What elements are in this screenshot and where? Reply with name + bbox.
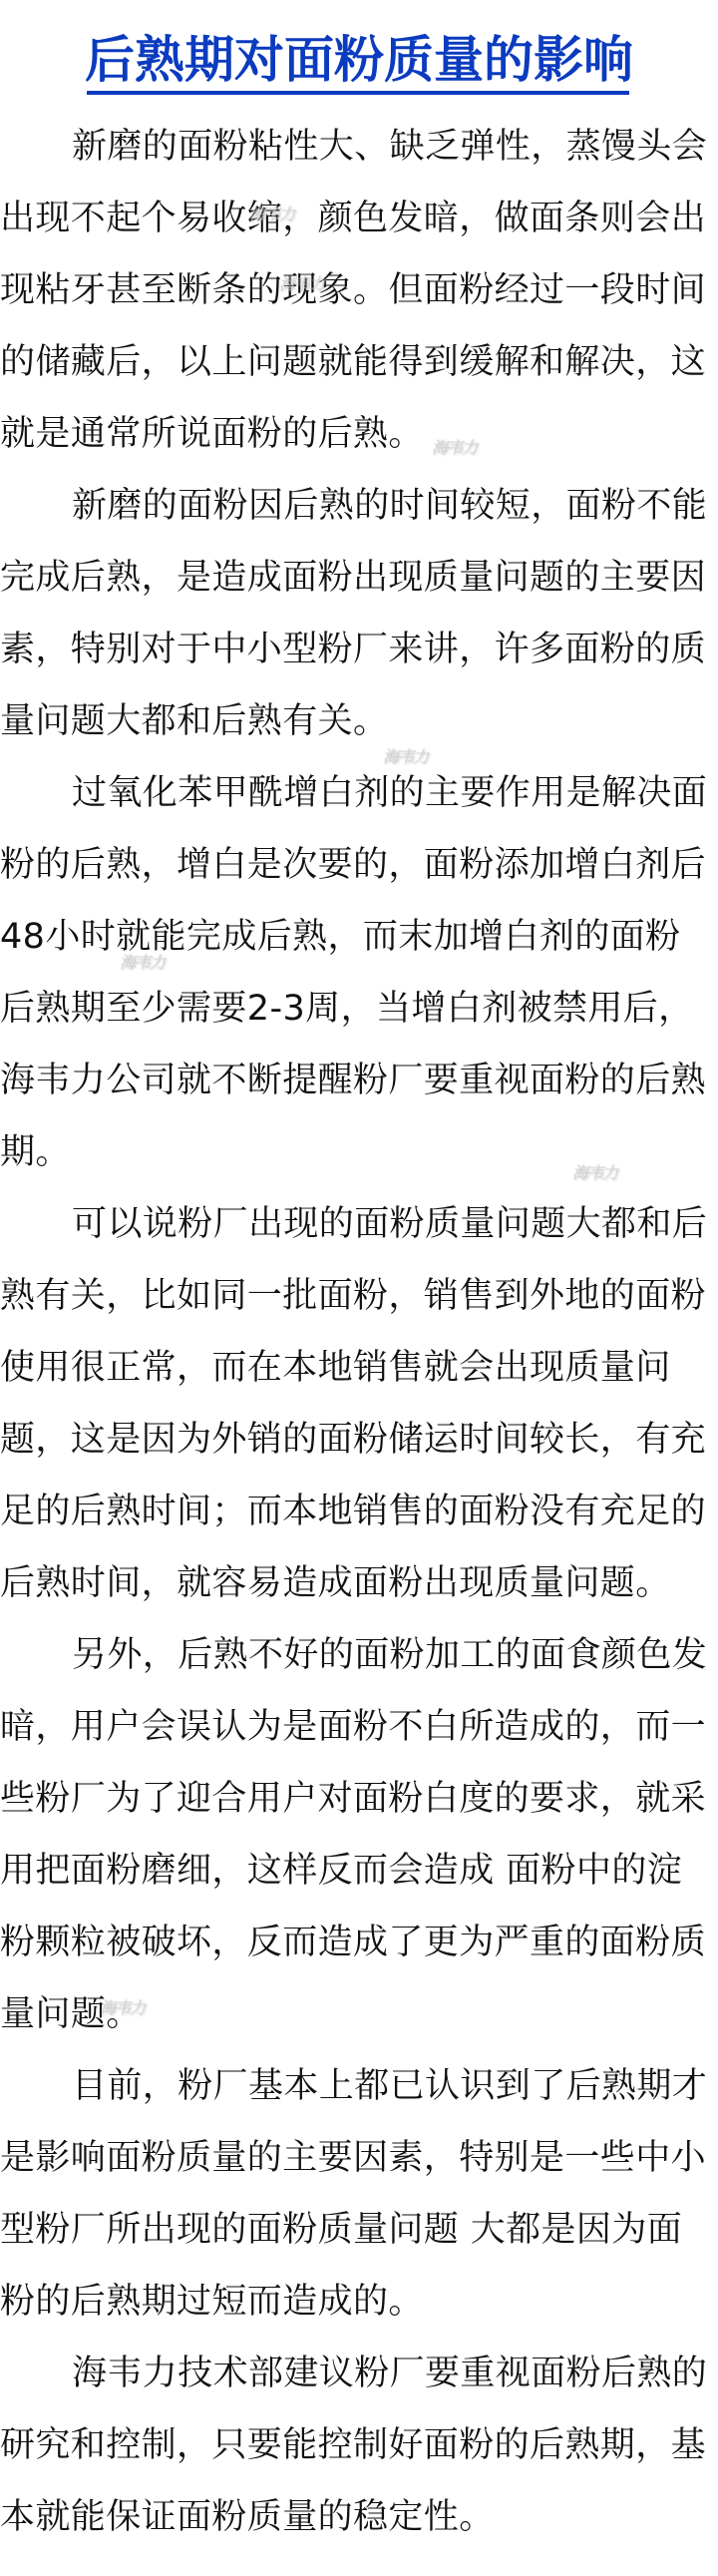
text-line: 素，特别对于中小型粉厂来讲，许多面粉的质 [0,614,718,685]
text-line: 暗，用户会误认为是面粉不白所造成的，而一 [0,1691,718,1763]
paragraph-1: 新磨的面粉粘性大、缺乏弹性，蒸馒头会 出现不起个易收缩，颜色发暗，做面条则会出 … [0,111,718,470]
text-line: 海韦力技术部建议粉厂要重视面粉后熟的 [0,2338,718,2409]
text-line: 后熟时间，就容易造成面粉出现质量问题。 [0,1547,718,1619]
text-line: 过氧化苯甲酰增白剂的主要作用是解决面 [0,757,718,829]
text-line: 些粉厂为了迎合用户对面粉白度的要求，就采 [0,1763,718,1835]
text-line: 研究和控制，只要能控制好面粉的后熟期，基 [0,2409,718,2481]
text-line: 本就能保证面粉质量的稳定性。 [0,2481,718,2553]
text-line: 量问题。 [0,1978,718,2050]
text-line: 出现不起个易收缩，颜色发暗，做面条则会出 [0,183,718,254]
text-line: 完成后熟，是造成面粉出现质量问题的主要因 [0,542,718,614]
article-body: 新磨的面粉粘性大、缺乏弹性，蒸馒头会 出现不起个易收缩，颜色发暗，做面条则会出 … [0,111,718,2553]
text-line: 新磨的面粉因后熟的时间较短，面粉不能 [0,470,718,542]
text-line: 新磨的面粉粘性大、缺乏弹性，蒸馒头会 [0,111,718,183]
text-line: 可以说粉厂出现的面粉质量问题大都和后 [0,1188,718,1260]
text-line: 海韦力公司就不断提醒粉厂要重视面粉的后熟 [0,1045,718,1116]
text-line: 就是通常所说面粉的后熟。 [0,398,718,470]
text-line: 的储藏后，以上问题就能得到缓解和解决，这 [0,326,718,398]
text-line: 期。 [0,1116,718,1188]
paragraph-3: 过氧化苯甲酰增白剂的主要作用是解决面 粉的后熟，增白是次要的，面粉添加增白剂后 … [0,757,718,1188]
text-line: 题，这是因为外销的面粉储运时间较长，有充 [0,1404,718,1476]
text-line: 48小时就能完成后熟，而末加增白剂的面粉 [0,901,718,973]
text-line: 用把面粉磨细，这样反而会造成 面粉中的淀 [0,1835,718,1907]
text-line: 粉的后熟，增白是次要的，面粉添加增白剂后 [0,829,718,901]
paragraph-2: 新磨的面粉因后熟的时间较短，面粉不能 完成后熟，是造成面粉出现质量问题的主要因 … [0,470,718,757]
text-line: 使用很正常，而在本地销售就会出现质量问 [0,1332,718,1404]
text-line: 是影响面粉质量的主要因素，特别是一些中小 [0,2122,718,2194]
text-line: 另外，后熟不好的面粉加工的面食颜色发 [0,1619,718,1691]
text-line: 足的后熟时间；而本地销售的面粉没有充足的 [0,1476,718,1547]
text-line: 型粉厂所出现的面粉质量问题 大都是因为面 [0,2194,718,2266]
paragraph-4: 可以说粉厂出现的面粉质量问题大都和后 熟有关，比如同一批面粉，销售到外地的面粉 … [0,1188,718,1619]
text-line: 熟有关，比如同一批面粉，销售到外地的面粉 [0,1260,718,1332]
paragraph-5: 另外，后熟不好的面粉加工的面食颜色发 暗，用户会误认为是面粉不白所造成的，而一 … [0,1619,718,2050]
text-line: 现粘牙甚至断条的现象。但面粉经过一段时间 [0,254,718,326]
paragraph-6: 目前，粉厂基本上都已认识到了后熟期才 是影响面粉质量的主要因素，特别是一些中小 … [0,2050,718,2338]
text-line: 目前，粉厂基本上都已认识到了后熟期才 [0,2050,718,2122]
text-line: 后熟期至少需要2-3周，当增白剂被禁用后， [0,973,718,1045]
title-underline [87,91,629,95]
paragraph-7: 海韦力技术部建议粉厂要重视面粉后熟的 研究和控制，只要能控制好面粉的后熟期，基 … [0,2338,718,2553]
text-line: 粉的后熟期过短而造成的。 [0,2266,718,2338]
article-title: 后熟期对面粉质量的影响 [0,30,718,90]
text-line: 量问题大都和后熟有关。 [0,685,718,757]
text-line: 粉颗粒被破坏，反而造成了更为严重的面粉质 [0,1907,718,1978]
